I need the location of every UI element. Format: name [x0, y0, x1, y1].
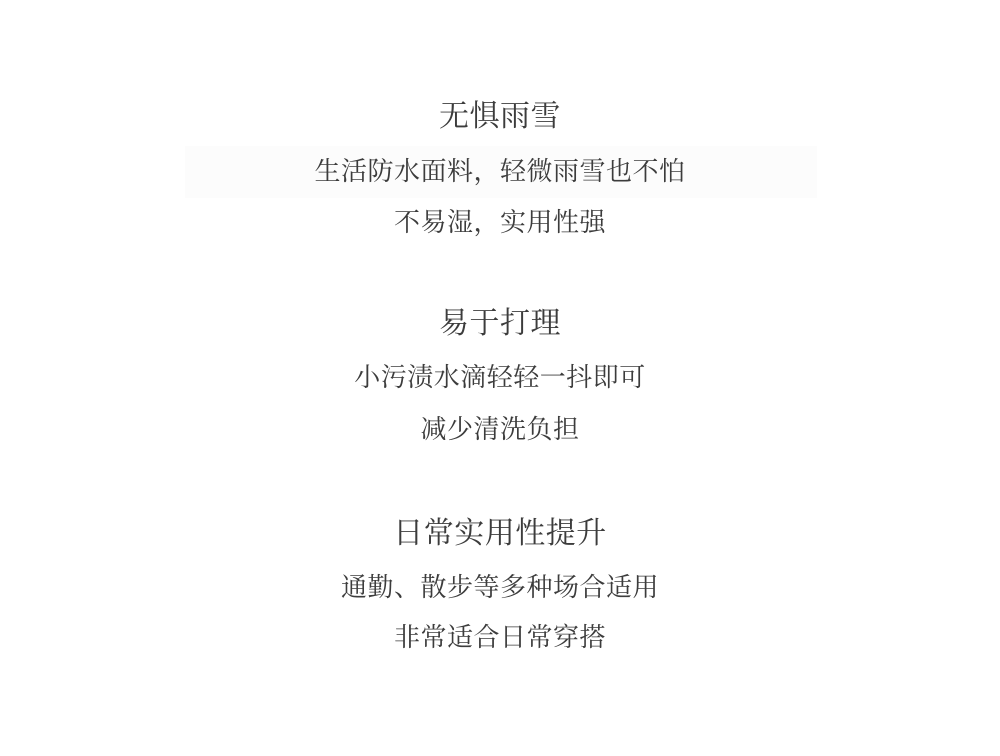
section-waterproof-line-1: 生活防水面料，轻微雨雪也不怕	[0, 152, 1000, 192]
section-waterproof-line-2: 不易湿，实用性强	[0, 203, 1000, 243]
section-title-waterproof: 无惧雨雪	[0, 97, 1000, 137]
section-easy-care-line-1: 小污渍水滴轻轻一抖即可	[0, 358, 1000, 398]
section-practicality-line-2: 非常适合日常穿搭	[0, 618, 1000, 658]
section-title-practicality: 日常实用性提升	[0, 514, 1000, 554]
section-practicality-line-1: 通勤、散步等多种场合适用	[0, 568, 1000, 608]
section-easy-care-line-2: 减少清洗负担	[0, 410, 1000, 450]
section-title-easy-care: 易于打理	[0, 304, 1000, 344]
product-description-page: 无惧雨雪 生活防水面料，轻微雨雪也不怕 不易湿，实用性强 易于打理 小污渍水滴轻…	[0, 0, 1000, 756]
